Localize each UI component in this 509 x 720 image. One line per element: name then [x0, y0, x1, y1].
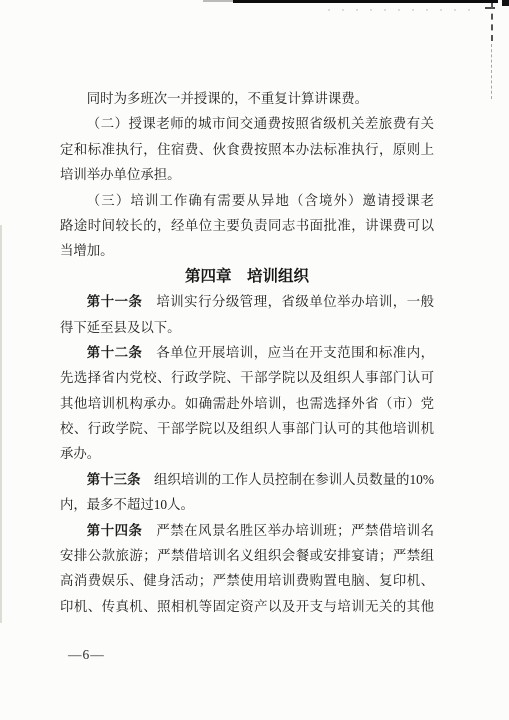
scan-artifact-vertical-line-faint	[491, 44, 492, 99]
line-text: 培训举办单位承担。	[60, 167, 181, 182]
article-number-label: 第十三条	[87, 472, 141, 487]
document-line: 校、行政学院、干部学院以及组织人事部门认可的其他培训机构	[60, 416, 434, 441]
line-text: 当增加。	[60, 243, 114, 258]
article-number-label: 第十二条	[87, 345, 143, 360]
document-line: 第十一条 培训实行分级管理，省级单位举办培训，一般不	[60, 289, 434, 314]
scan-artifact-vertical-line	[491, 3, 493, 41]
line-text: 高消费娱乐、健身活动；严禁使用培训费购置电脑、复印机、打	[60, 573, 434, 593]
line-text: 路途时间较长的，经单位主要负责同志书面批准，讲课费可以适	[60, 218, 434, 238]
document-line: 第十四条 严禁在风景名胜区举办培训班；严禁借培训名义	[60, 518, 434, 543]
document-line: 第十二条 各单位开展培训，应当在开支范围和标准内，优	[60, 340, 434, 365]
document-line: 同时为多班次一并授课的，不重复计算讲课费。	[60, 86, 434, 111]
line-text: （二）授课老师的城市间交通费按照省级机关差旅费有关规	[60, 116, 434, 136]
line-text: 同时为多班次一并授课的，不重复计算讲课费。	[87, 91, 368, 106]
document-line: 得下延至县及以下。	[60, 315, 434, 340]
line-text: （三）培训工作确有需要从异地（含境外）邀请授课老师，	[60, 193, 434, 213]
document-text-block: 同时为多班次一并授课的，不重复计算讲课费。（二）授课老师的城市间交通费按照省级机…	[60, 86, 434, 619]
scan-artifact-left-strip	[0, 225, 2, 623]
document-line: 承办。	[60, 441, 434, 466]
document-line: 其他培训机构承办。如确需赴外培训，也需选择外省（市）党	[60, 391, 434, 416]
line-text: 承办。	[60, 446, 100, 461]
line-text: 先选择省内党校、行政学院、干部学院以及组织人事部门认可的	[60, 370, 434, 390]
document-line: 先选择省内党校、行政学院、干部学院以及组织人事部门认可的	[60, 365, 434, 390]
line-text: 定和标准执行，住宿费、伙食费按照本办法标准执行，原则上由	[60, 142, 434, 162]
article-number-label: 第十四条	[87, 523, 143, 538]
chapter-heading: 第四章 培训组织	[60, 264, 434, 289]
scan-artifact-corner-mark	[502, 0, 509, 6]
document-line: 第十三条 组织培训的工作人员控制在参训人员数量的10%以	[60, 467, 434, 492]
scan-artifact-tick	[485, 7, 495, 9]
line-text: 其他培训机构承办。如确需赴外培训，也需选择外省（市）党	[60, 396, 434, 411]
line-text: 内，最多不超过10人。	[60, 497, 194, 512]
document-line: 路途时间较长的，经单位主要负责同志书面批准，讲课费可以适	[60, 213, 434, 238]
line-text: 安排公款旅游；严禁借培训名义组织会餐或安排宴请；严禁组织	[60, 548, 434, 568]
document-line: 安排公款旅游；严禁借培训名义组织会餐或安排宴请；严禁组织	[60, 543, 434, 568]
document-line: （二）授课老师的城市间交通费按照省级机关差旅费有关规	[60, 111, 434, 136]
scan-artifact-specks	[328, 9, 480, 11]
page-number: —6—	[68, 645, 105, 665]
line-text: 印机、传真机、照相机等固定资产以及开支与培训无关的其他费	[60, 599, 434, 619]
document-line: 定和标准执行，住宿费、伙食费按照本办法标准执行，原则上由	[60, 137, 434, 162]
scan-artifact-top-band-fade	[203, 0, 235, 2]
document-line: 培训举办单位承担。	[60, 162, 434, 187]
document-line: 内，最多不超过10人。	[60, 492, 434, 517]
article-number-label: 第十一条	[87, 294, 143, 309]
scan-artifact-top-band	[233, 0, 498, 3]
document-line: （三）培训工作确有需要从异地（含境外）邀请授课老师，	[60, 188, 434, 213]
line-text: 第四章 培训组织	[185, 268, 309, 285]
line-text: 校、行政学院、干部学院以及组织人事部门认可的其他培训机构	[60, 421, 434, 441]
line-text: 得下延至县及以下。	[60, 320, 181, 335]
document-line: 当增加。	[60, 238, 434, 263]
document-line: 高消费娱乐、健身活动；严禁使用培训费购置电脑、复印机、打	[60, 568, 434, 593]
document-line: 印机、传真机、照相机等固定资产以及开支与培训无关的其他费	[60, 594, 434, 619]
scanned-document-page: 同时为多班次一并授课的，不重复计算讲课费。（二）授课老师的城市间交通费按照省级机…	[0, 0, 509, 720]
